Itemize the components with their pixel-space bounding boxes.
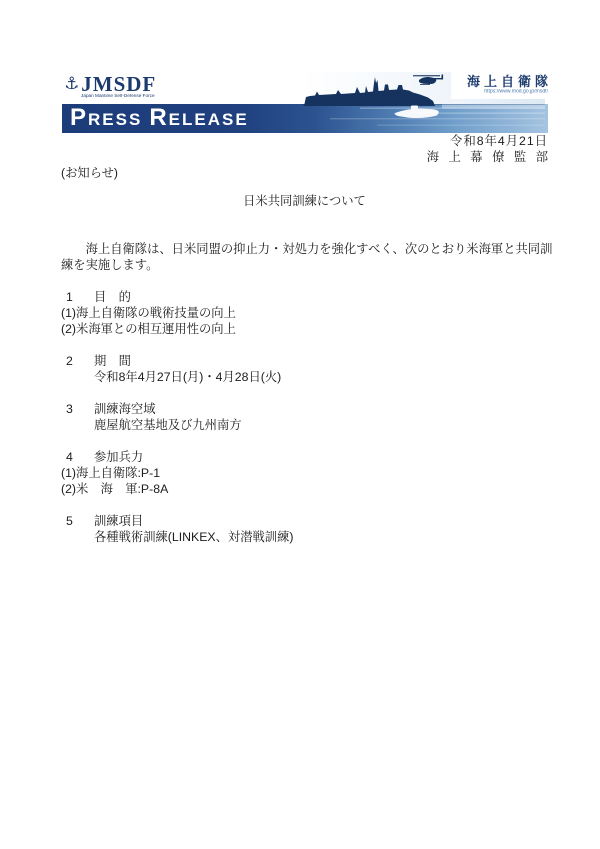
section-heading-text: 参加兵力 (94, 450, 143, 464)
section-line: (1)海上自衛隊の戦術技量の向上 (61, 305, 548, 321)
jmsdf-logo: ⚓ JMSDF Japan Maritime Self-Defense Forc… (64, 73, 176, 100)
section-purpose: 1目 的 (1)海上自衛隊の戦術技量の向上 (2)米海軍との相互運用性の向上 (61, 289, 548, 337)
section-number: 1 (61, 289, 94, 305)
release-date: 令和8年4月21日 (61, 133, 548, 149)
jmsdf-acronym: JMSDF (81, 73, 175, 95)
section-line: (2)米海軍との相互運用性の向上 (61, 321, 548, 337)
wave-streak (360, 108, 545, 109)
org-url-label: https://www.mod.go.jp/msdf/ (466, 89, 548, 94)
section-line: (2)米 海 軍:P-8A (61, 481, 548, 497)
section-heading: 4参加兵力 (61, 449, 548, 465)
section-heading-text: 目 的 (94, 290, 131, 304)
section-line: (1)海上自衛隊:P-1 (61, 465, 548, 481)
org-name-label: 海上自衛隊 (451, 75, 552, 89)
document-title: 日米共同訓練について (61, 193, 548, 209)
wave-streak (377, 125, 545, 126)
release-rest: ELEASE (169, 110, 249, 129)
section-number: 3 (61, 401, 94, 417)
press-release-wordmark: PRESSRELEASE (70, 104, 249, 132)
section-heading-text: 訓練海空域 (94, 402, 156, 416)
lead-paragraph-line: 海上自衛隊は、日米同盟の抑止力・対処力を強化すべく、次のとおり米海軍と共同訓 (61, 241, 548, 257)
anchor-icon: ⚓ (64, 73, 79, 95)
press-release-page: 海上自衛隊 https://www.mod.go.jp/msdf/ ⚓ JMSD… (0, 0, 600, 849)
jmsdf-org-box: 海上自衛隊 https://www.mod.go.jp/msdf/ (451, 72, 548, 99)
wave-streak (330, 118, 545, 119)
section-line: 各種戦術訓練(LINKEX、対潜戦訓練) (61, 529, 548, 545)
press-rest: RESS (88, 110, 142, 129)
band-accent-tick (63, 75, 66, 98)
section-heading-text: 訓練項目 (94, 514, 143, 528)
section-period: 2期 間 令和8年4月27日(月)・4月28日(火) (61, 353, 548, 385)
jmsdf-tagline: Japan Maritime Self-Defense Force (81, 94, 155, 99)
lead-paragraph-line: 練を実施します。 (61, 257, 548, 273)
section-heading: 2期 間 (61, 353, 548, 369)
press-initial: P (70, 104, 88, 131)
section-number: 4 (61, 449, 94, 465)
section-participating-forces: 4参加兵力 (1)海上自衛隊:P-1 (2)米 海 軍:P-8A (61, 449, 548, 497)
section-training-area: 3訓練海空域 鹿屋航空基地及び九州南方 (61, 401, 548, 433)
section-heading: 1目 的 (61, 289, 548, 305)
section-training-items: 5訓練項目 各種戦術訓練(LINKEX、対潜戦訓練) (61, 513, 548, 545)
release-initial: R (149, 104, 168, 131)
section-number: 2 (61, 353, 94, 369)
issuing-office: 海上幕僚監部 (61, 149, 558, 165)
submarine-silhouette-icon (395, 106, 439, 119)
section-heading: 3訓練海空域 (61, 401, 548, 417)
document-body: 令和8年4月21日 海上幕僚監部 (お知らせ) 日米共同訓練について 海上自衛隊… (61, 133, 548, 545)
press-release-banner: 海上自衛隊 https://www.mod.go.jp/msdf/ ⚓ JMSD… (62, 72, 548, 133)
section-line: 令和8年4月27日(月)・4月28日(火) (61, 369, 548, 385)
section-line: 鹿屋航空基地及び九州南方 (61, 417, 548, 433)
notice-label: (お知らせ) (61, 165, 548, 181)
section-number: 5 (61, 513, 94, 529)
section-heading-text: 期 間 (94, 354, 131, 368)
section-heading: 5訓練項目 (61, 513, 548, 529)
